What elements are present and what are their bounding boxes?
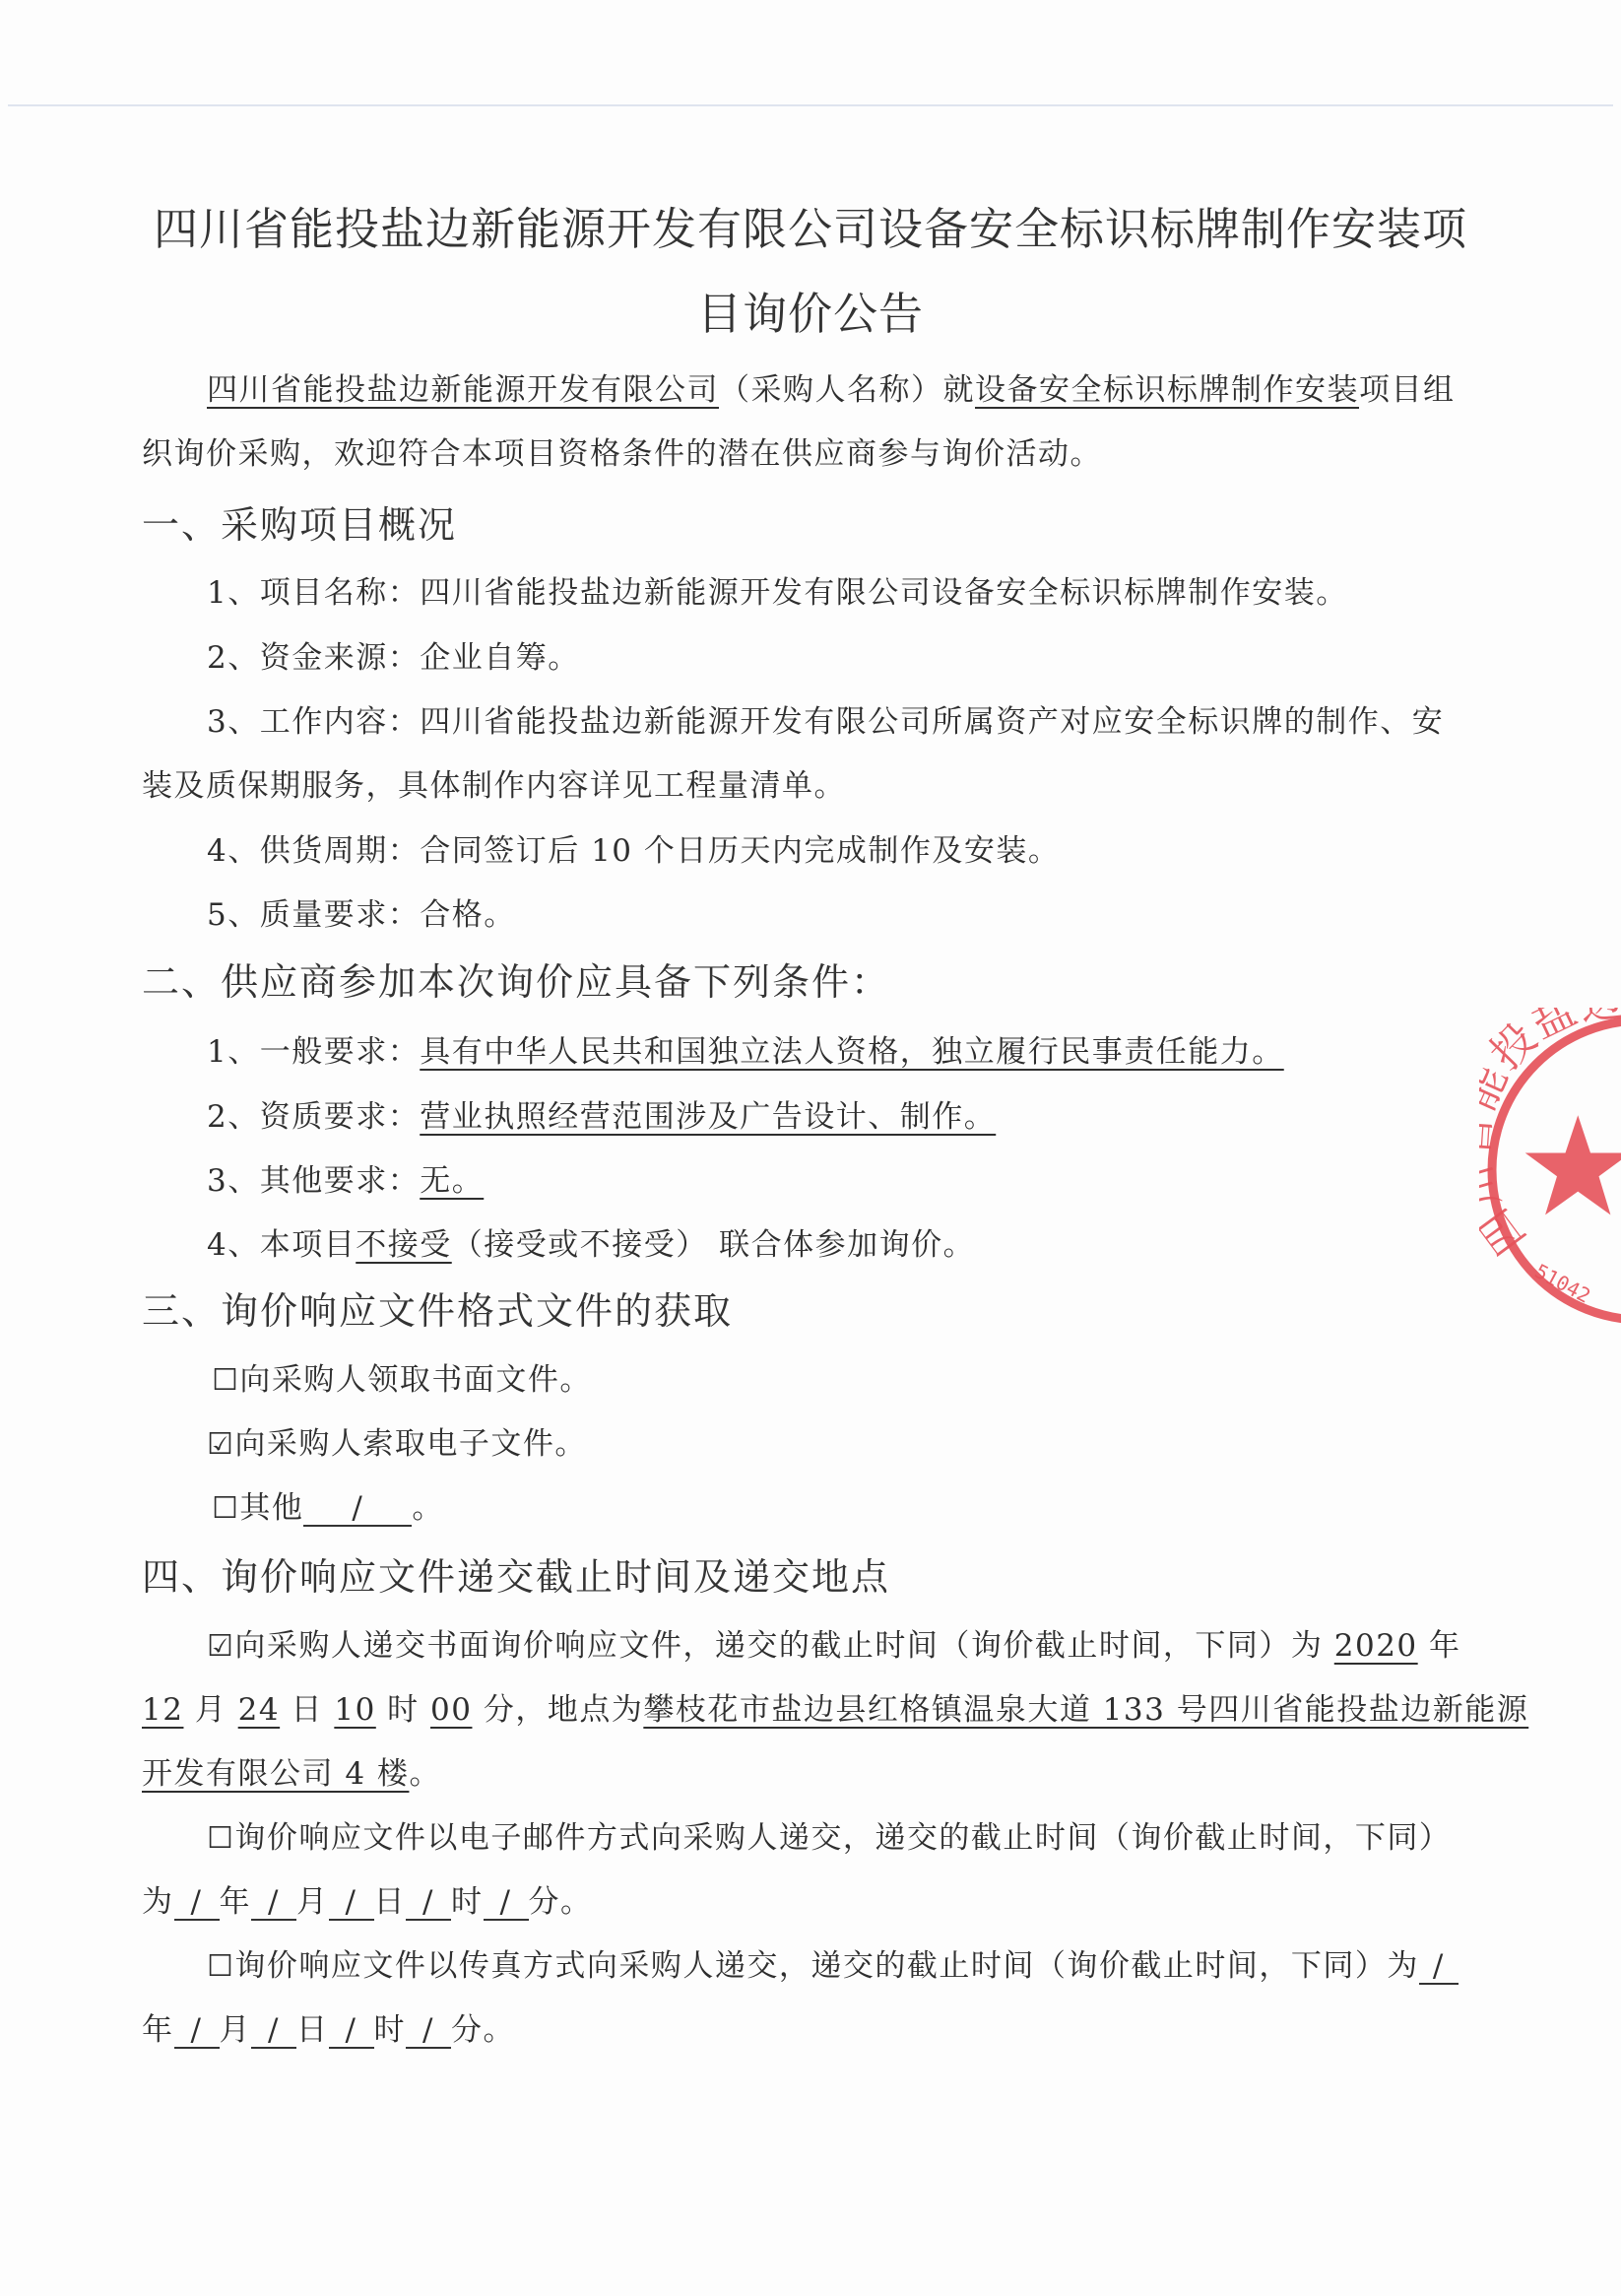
fax-prefix-blank: / <box>1419 1950 1459 1985</box>
unit: 年 <box>220 1884 252 1920</box>
s1-item-funding: 2、资金来源：企业自筹。 <box>207 632 580 677</box>
s2-item-consortium: 4、本项目不接受（接受或不接受） 联合体参加询价。 <box>207 1219 975 1264</box>
document-title-line1: 四川省能投盐边新能源开发有限公司设备安全标识标牌制作安装项 <box>0 193 1621 257</box>
checkbox-unchecked-icon[interactable]: ☐ <box>212 1491 239 1526</box>
s4-paper-line3: 开发有限公司 4 楼。 <box>142 1748 441 1793</box>
text: 询价响应文件以电子邮件方式向采购人递交，递交的截止时间（询价截止时间，下同） <box>234 1820 1451 1856</box>
seal-star-icon <box>1525 1115 1621 1214</box>
checkbox-checked-icon[interactable]: ☑ <box>207 1629 234 1664</box>
deadline-minute: 00 <box>430 1692 472 1728</box>
label: 1、一般要求： <box>207 1034 420 1070</box>
section-4-heading: 四、询价响应文件递交截止时间及递交地点 <box>142 1546 890 1601</box>
checkbox-unchecked-icon[interactable]: ☐ <box>212 1363 239 1398</box>
unit: 分，地点为 <box>484 1692 644 1728</box>
unit: 日 <box>296 2012 329 2048</box>
s4-fax-line1: ☐询价响应文件以传真方式向采购人递交，递交的截止时间（询价截止时间，下同）为/ <box>207 1940 1459 1985</box>
unit: 年 <box>1429 1628 1461 1664</box>
s4-paper-line1: ☑向采购人递交书面询价响应文件，递交的截止时间（询价截止时间，下同）为 2020… <box>207 1620 1461 1665</box>
unit: 分。 <box>529 1884 593 1920</box>
email-hour-blank: / <box>406 1886 451 1921</box>
prefix: 为 <box>142 1884 174 1920</box>
intro-paragraph-line2: 织询价采购，欢迎符合本项目资格条件的潜在供应商参与询价活动。 <box>142 428 1102 473</box>
checkbox-unchecked-icon[interactable]: ☐ <box>207 1821 234 1856</box>
email-month-blank: / <box>251 1886 296 1921</box>
label: 其他 <box>239 1490 303 1526</box>
deadline-day: 24 <box>238 1692 280 1728</box>
text: 向采购人递交书面询价响应文件，递交的截止时间（询价截止时间，下同）为 <box>234 1628 1323 1664</box>
other-blank: / <box>303 1492 412 1527</box>
value: 无。 <box>420 1163 484 1199</box>
purchaser-name: 四川省能投盐边新能源开发有限公司 <box>207 372 719 408</box>
project-name: 设备安全标识标牌制作安装 <box>975 372 1359 408</box>
section-2-heading: 二、供应商参加本次询价应具备下列条件： <box>142 951 890 1006</box>
deadline-year: 2020 <box>1334 1628 1418 1664</box>
consortium-value: 不接受 <box>356 1227 452 1263</box>
s1-item-delivery-period: 4、供货周期：合同签订后 10 个日历天内完成制作及安装。 <box>207 825 1060 870</box>
email-day-blank: / <box>329 1886 374 1921</box>
checkbox-unchecked-icon[interactable]: ☐ <box>207 1949 234 1984</box>
end: 。 <box>412 1490 444 1526</box>
unit: 日 <box>374 1884 407 1920</box>
email-minute-blank: / <box>484 1886 529 1921</box>
checkbox-checked-icon[interactable]: ☑ <box>207 1427 234 1462</box>
unit: 时 <box>451 1884 484 1920</box>
unit: 日 <box>291 1692 323 1728</box>
label: 3、其他要求： <box>207 1163 420 1199</box>
unit: 分。 <box>451 2012 515 2048</box>
label: 向采购人领取书面文件。 <box>239 1362 592 1398</box>
label: 向采购人索取电子文件。 <box>234 1426 587 1462</box>
s3-option-electronic: ☑向采购人索取电子文件。 <box>207 1418 587 1463</box>
s3-option-paper: ☐向采购人领取书面文件。 <box>212 1354 592 1399</box>
s2-item-other: 3、其他要求：无。 <box>207 1155 484 1200</box>
intro-text: 项目组 <box>1359 372 1456 408</box>
label: 2、资质要求： <box>207 1099 420 1135</box>
document-page: 四川省能投盐边新能源开发有限公司设备安全标识标牌制作安装项 目询价公告 四川省能… <box>0 0 1621 2296</box>
unit: 月 <box>220 2012 252 2048</box>
deadline-hour: 10 <box>334 1692 375 1728</box>
s4-email-line1: ☐询价响应文件以电子邮件方式向采购人递交，递交的截止时间（询价截止时间，下同） <box>207 1812 1451 1857</box>
prefix: 4、本项目 <box>207 1227 356 1263</box>
fax-month-blank: / <box>174 2014 220 2049</box>
intro-paragraph-line1: 四川省能投盐边新能源开发有限公司（采购人名称）就设备安全标识标牌制作安装项目组 <box>207 364 1456 409</box>
end: 。 <box>409 1756 441 1792</box>
unit: 年 <box>142 2012 174 2048</box>
fax-hour-blank: / <box>329 2014 374 2049</box>
suffix: （接受或不接受） 联合体参加询价。 <box>452 1227 975 1263</box>
s1-item-work-content-line2: 装及质保期服务，具体制作内容详见工程量清单。 <box>142 760 846 805</box>
unit: 月 <box>296 1884 329 1920</box>
s2-item-general-requirement: 1、一般要求：具有中华人民共和国独立法人资格，独立履行民事责任能力。 <box>207 1026 1284 1071</box>
section-1-heading: 一、采购项目概况 <box>142 494 457 549</box>
unit: 时 <box>387 1692 420 1728</box>
email-year-blank: / <box>174 1886 220 1921</box>
unit: 月 <box>195 1692 227 1728</box>
value: 具有中华人民共和国独立法人资格，独立履行民事责任能力。 <box>420 1034 1284 1070</box>
section-3-heading: 三、询价响应文件格式文件的获取 <box>142 1280 733 1335</box>
fax-minute-blank: / <box>406 2014 451 2049</box>
deadline-month: 12 <box>142 1692 183 1728</box>
s1-item-quality: 5、质量要求：合格。 <box>207 889 516 934</box>
s4-fax-line2: 年/月/日/时/分。 <box>142 2004 515 2049</box>
company-seal-stamp: 四川省能投盐边新 51042 <box>1479 1008 1621 1333</box>
fax-day-blank: / <box>251 2014 296 2049</box>
text: 询价响应文件以传真方式向采购人递交，递交的截止时间（询价截止时间，下同）为 <box>234 1948 1419 1984</box>
document-title-line2: 目询价公告 <box>0 278 1621 342</box>
address-line2: 开发有限公司 4 楼 <box>142 1756 409 1792</box>
s1-item-project-name: 1、项目名称：四川省能投盐边新能源开发有限公司设备安全标识标牌制作安装。 <box>207 567 1348 612</box>
s1-item-work-content-line1: 3、工作内容：四川省能投盐边新能源开发有限公司所属资产对应安全标识牌的制作、安 <box>207 696 1444 741</box>
s4-paper-line2: 12 月 24 日 10 时 00 分，地点为攀枝花市盐边县红格镇温泉大道 13… <box>142 1684 1528 1729</box>
value: 营业执照经营范围涉及广告设计、制作。 <box>420 1099 996 1135</box>
unit: 时 <box>374 2012 407 2048</box>
s3-option-other: ☐其他/。 <box>212 1482 444 1527</box>
purchaser-label: （采购人名称）就 <box>719 372 975 408</box>
s4-email-line2: 为/年/月/日/时/分。 <box>142 1876 593 1921</box>
s2-item-qualification: 2、资质要求：营业执照经营范围涉及广告设计、制作。 <box>207 1091 996 1136</box>
address-line1: 攀枝花市盐边县红格镇温泉大道 133 号四川省能投盐边新能源 <box>643 1692 1528 1728</box>
